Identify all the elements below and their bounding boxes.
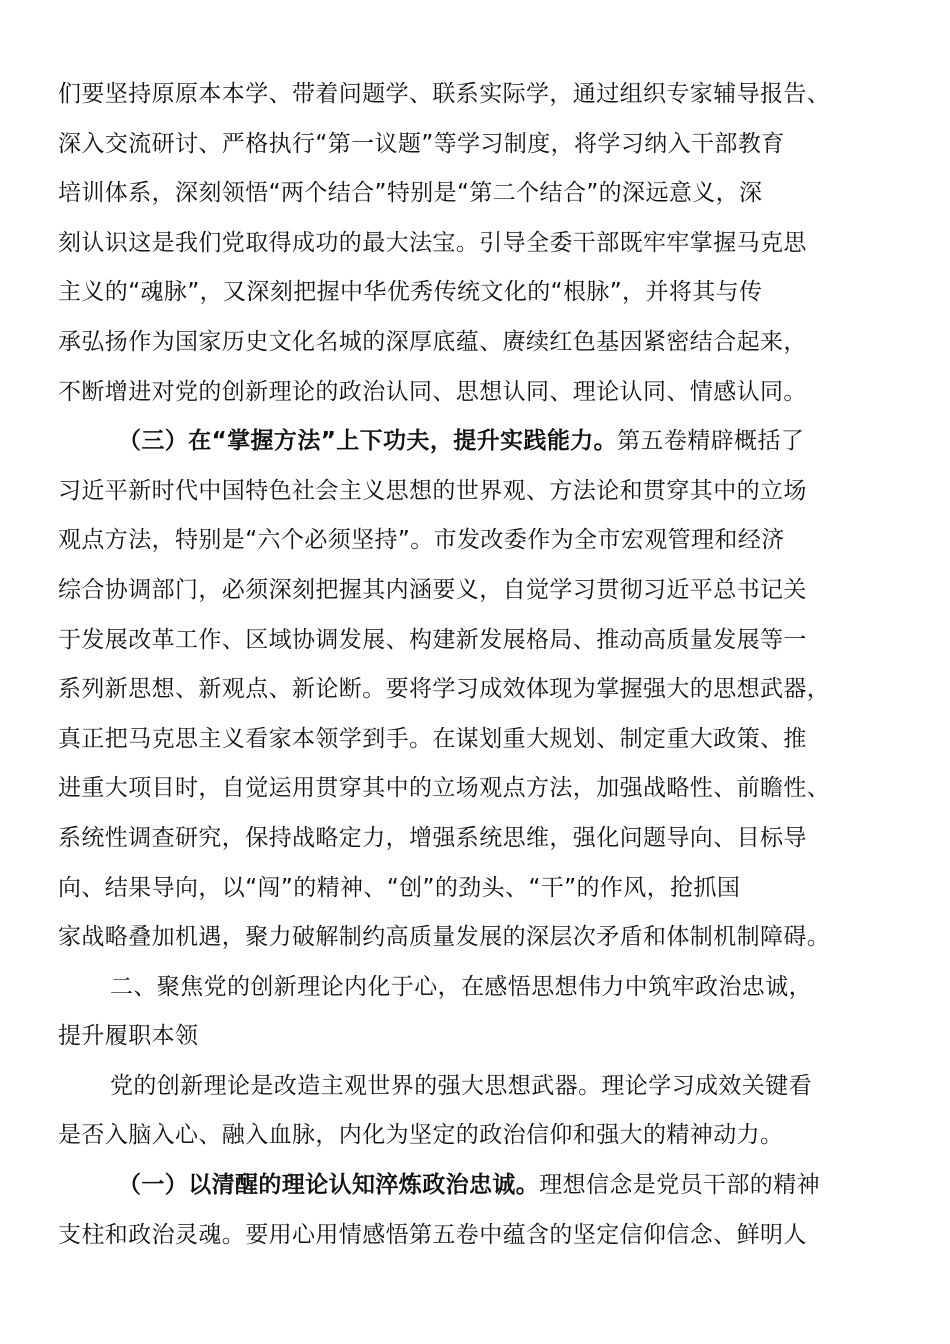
paragraph-line: 于发展改革工作、区域协调发展、构建新发展格局、推动高质量发展等一 xyxy=(58,616,888,666)
section-heading-line: 二、聚焦党的创新理论内化于心，在感悟思想伟力中筑牢政治忠诚， xyxy=(58,963,888,1013)
paragraph-line: 培训体系，深刻领悟“两个结合”特别是“第二个结合”的深远意义，深 xyxy=(58,169,888,219)
paragraph-line: 进重大项目时，自觉运用贯穿其中的立场观点方法，加强战略性、前瞻性、 xyxy=(58,764,888,814)
subheading-body-text: 第五卷精辟概括了 xyxy=(617,428,804,454)
paragraph-line: 综合协调部门，必须深刻把握其内涵要义，自觉学习贯彻习近平总书记关 xyxy=(58,566,888,616)
paragraph-line: 系统性调查研究，保持战略定力，增强系统思维，强化问题导向、目标导 xyxy=(58,814,888,864)
paragraph-line: 党的创新理论是改造主观世界的强大思想武器。理论学习成效关键看 xyxy=(58,1062,888,1112)
paragraph-line: 深入交流研讨、严格执行“第一议题”等学习制度，将学习纳入干部教育 xyxy=(58,120,888,170)
paragraph-line: 习近平新时代中国特色社会主义思想的世界观、方法论和贯穿其中的立场 xyxy=(58,467,888,517)
subheading-body-text: 理想信念是党员干部的精神 xyxy=(539,1172,820,1198)
paragraph-line: 是否入脑入心、融入血脉，内化为坚定的政治信仰和强大的精神动力。 xyxy=(58,1111,888,1161)
subheading-bold-text: （一）以清醒的理论认知淬炼政治忠诚。 xyxy=(118,1172,539,1198)
subheading-line: （三）在“掌握方法”上下功夫，提升实践能力。第五卷精辟概括了 xyxy=(58,417,888,467)
document-page: 们要坚持原原本本学、带着问题学、联系实际学，通过组织专家辅导报告、 深入交流研讨… xyxy=(58,70,888,1260)
section-heading-line: 提升履职本领 xyxy=(58,1012,888,1062)
paragraph-line: 刻认识这是我们党取得成功的最大法宝。引导全委干部既牢牢掌握马克思 xyxy=(58,219,888,269)
paragraph-line: 支柱和政治灵魂。要用心用情感悟第五卷中蕴含的坚定信仰信念、鲜明人 xyxy=(58,1211,888,1261)
paragraph-line: 承弘扬作为国家历史文化名城的深厚底蕴、赓续红色基因紧密结合起来， xyxy=(58,318,888,368)
paragraph-line: 家战略叠加机遇，聚力破解制约高质量发展的深层次矛盾和体制机制障碍。 xyxy=(58,913,888,963)
paragraph-line: 不断增进对党的创新理论的政治认同、思想认同、理论认同、情感认同。 xyxy=(58,368,888,418)
subheading-line: （一）以清醒的理论认知淬炼政治忠诚。理想信念是党员干部的精神 xyxy=(58,1161,888,1211)
subheading-bold-text: （三）在“掌握方法”上下功夫，提升实践能力。 xyxy=(118,428,617,454)
paragraph-line: 系列新思想、新观点、新论断。要将学习成效体现为掌握强大的思想武器， xyxy=(58,665,888,715)
paragraph-line: 主义的“魂脉”，又深刻把握中华优秀传统文化的“根脉”，并将其与传 xyxy=(58,268,888,318)
paragraph-line: 向、结果导向，以“闯”的精神、“创”的劲头、“干”的作风，抢抓国 xyxy=(58,864,888,914)
paragraph-line: 们要坚持原原本本学、带着问题学、联系实际学，通过组织专家辅导报告、 xyxy=(58,70,888,120)
paragraph-line: 真正把马克思主义看家本领学到手。在谋划重大规划、制定重大政策、推 xyxy=(58,715,888,765)
paragraph-line: 观点方法，特别是“六个必须坚持”。市发改委作为全市宏观管理和经济 xyxy=(58,516,888,566)
